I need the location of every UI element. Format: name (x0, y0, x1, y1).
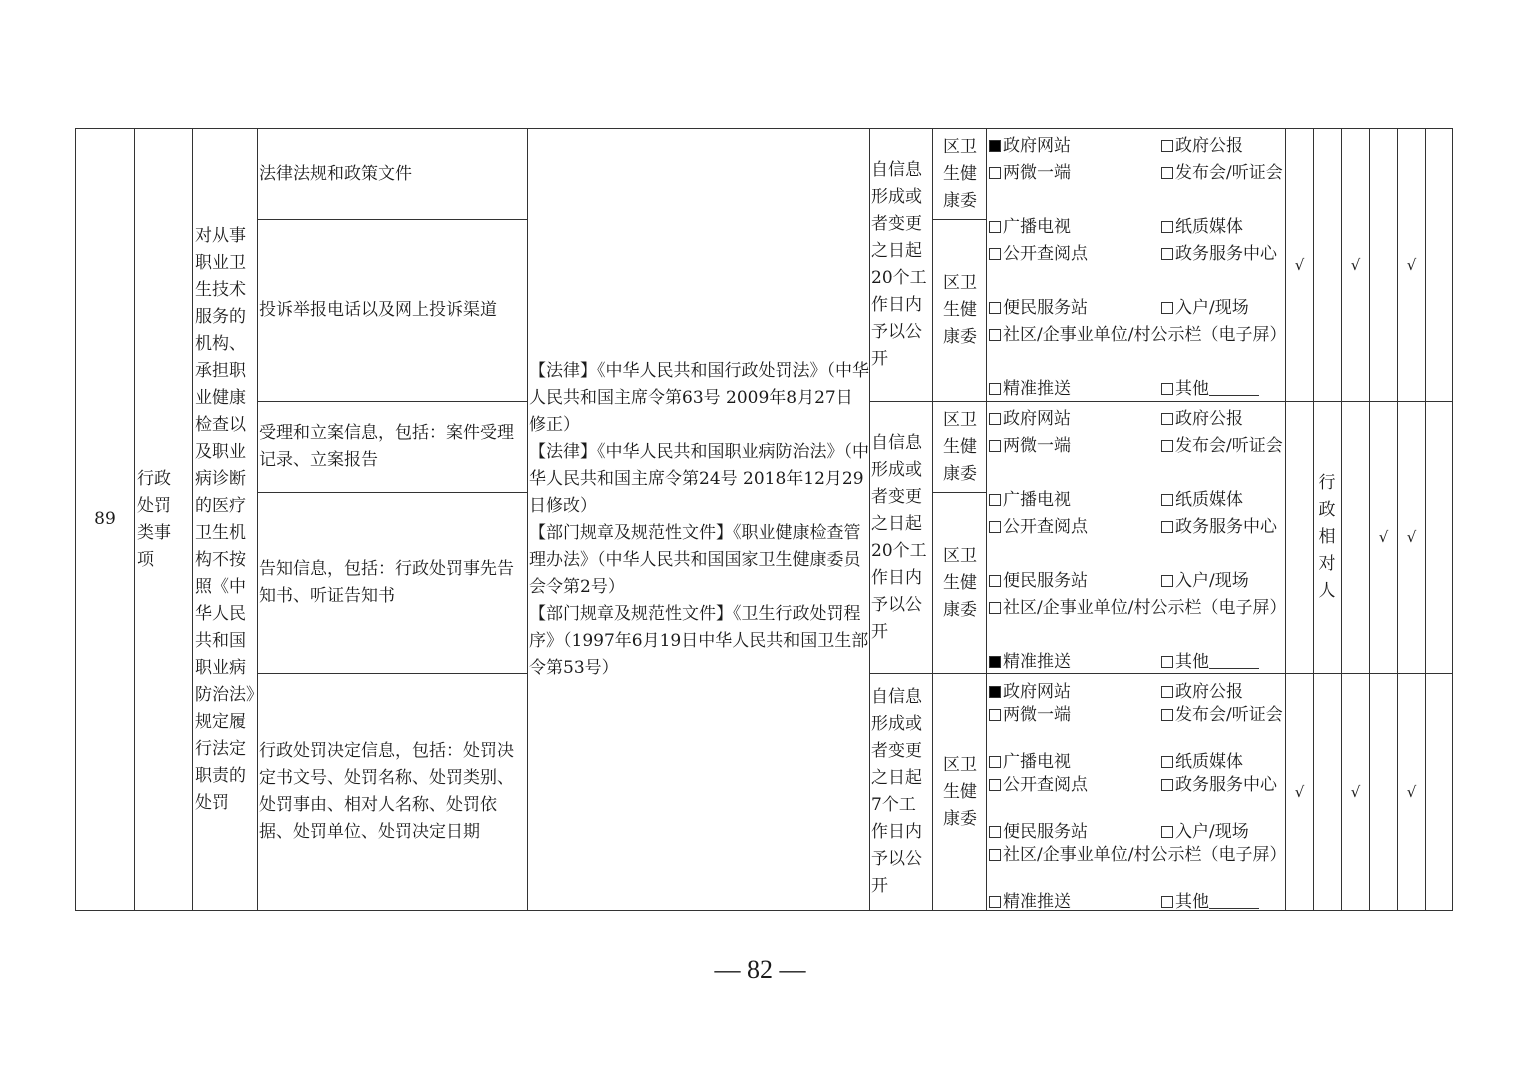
check-mark-icon: √ (1407, 252, 1417, 279)
col-divider (257, 128, 258, 911)
channel-label: 入户/现场 (1175, 571, 1249, 591)
check-mark-icon: √ (1379, 524, 1389, 551)
channel-broadcast[interactable]: 广播电视 (989, 485, 1071, 510)
category-cell: 行政处罚类事项 (136, 129, 186, 910)
checkbox-icon[interactable] (1161, 656, 1173, 668)
channel-gov-website[interactable]: 政府网站 (989, 404, 1071, 429)
channel-precise-push[interactable]: 精准推送 (989, 647, 1071, 672)
channel-label: 政府公报 (1175, 682, 1243, 702)
channel-label: 政府网站 (1003, 136, 1071, 156)
channel-label: 入户/现场 (1175, 822, 1249, 842)
channel-label: 政务服务中心 (1175, 775, 1277, 795)
time-limit-text: 自信息形成或者变更之日起20个工作日内予以公开 (871, 430, 931, 646)
checkbox-checked-icon[interactable] (989, 686, 1001, 698)
check-mark-icon: √ (1295, 779, 1305, 806)
time-limit-text: 自信息形成或者变更之日起20个工作日内予以公开 (871, 157, 931, 373)
sub-item-4: 告知信息，包括：行政处罚事先告知书、听证告知书 (259, 493, 527, 673)
channel-paper[interactable]: 纸质媒体 (1161, 485, 1243, 510)
subject-text: 区卫生健康委 (937, 407, 983, 488)
checkbox-icon[interactable] (989, 440, 1001, 452)
channel-onsite[interactable]: 入户/现场 (1161, 566, 1249, 591)
page-number: — 82 — (0, 955, 1520, 985)
checkbox-icon[interactable] (989, 826, 1001, 838)
mark-g1-c3: √ (1342, 129, 1369, 401)
mark-g3-c3: √ (1342, 674, 1369, 910)
channel-label: 公开查阅点 (1003, 775, 1088, 795)
checkbox-icon[interactable] (989, 329, 1001, 341)
sub-item-text: 行政处罚决定信息，包括：处罚决定书文号、处罚名称、处罚类别、处罚事由、相对人名称… (259, 738, 527, 846)
checkbox-icon[interactable] (1161, 896, 1173, 908)
row-number: 89 (76, 129, 134, 910)
check-mark-icon: √ (1295, 252, 1305, 279)
channel-reading-point[interactable]: 公开查阅点 (989, 512, 1088, 537)
blank-line (1209, 654, 1259, 669)
channel-gov-gazette[interactable]: 政府公报 (1161, 677, 1243, 702)
subject-1a: 区卫生健康委 (937, 129, 983, 219)
mark-g2-c4: √ (1370, 402, 1397, 673)
channel-label: 其他 (1175, 892, 1209, 912)
checkbox-icon[interactable] (1161, 302, 1173, 314)
checkbox-icon[interactable] (1161, 521, 1173, 533)
channel-bulletin[interactable]: 社区/企事业单位/村公示栏（电子屏） (989, 840, 1286, 865)
channel-convenience[interactable]: 便民服务站 (989, 293, 1088, 318)
channel-label: 政府公报 (1175, 409, 1243, 429)
legal-basis-item: 【部门规章及规范性文件】《卫生行政处罚程序》（1997年6月19日中华人民共和国… (529, 601, 869, 682)
channel-press-conf[interactable]: 发布会/听证会 (1161, 700, 1283, 725)
checkbox-icon[interactable] (989, 602, 1001, 614)
channel-label: 政务服务中心 (1175, 244, 1277, 264)
channel-reading-point[interactable]: 公开查阅点 (989, 239, 1088, 264)
checkbox-icon[interactable] (1161, 167, 1173, 179)
row-number-text: 89 (94, 506, 116, 533)
legal-basis-list: 【法律】《中华人民共和国行政处罚法》（中华人民共和国主席令第63号 2009年8… (529, 358, 869, 682)
channel-label: 发布会/听证会 (1175, 705, 1283, 725)
col-divider (134, 128, 135, 911)
channel-label: 广播电视 (1003, 217, 1071, 237)
channel-label: 政府公报 (1175, 136, 1243, 156)
sub-item-text: 告知信息，包括：行政处罚事先告知书、听证告知书 (259, 556, 527, 610)
col-divider (986, 128, 987, 911)
checkbox-icon[interactable] (989, 756, 1001, 768)
checkbox-icon[interactable] (1161, 440, 1173, 452)
table-border-right (1452, 128, 1453, 911)
sub-item-text: 受理和立案信息，包括：案件受理记录、立案报告 (259, 420, 527, 474)
channels-group-2: 政府网站 政府公报 两微一端 发布会/听证会 广播电视 纸质媒体 公开查阅点 政… (989, 404, 1285, 674)
checkbox-icon[interactable] (989, 709, 1001, 721)
channel-label: 公开查阅点 (1003, 244, 1088, 264)
channel-label: 纸质媒体 (1175, 490, 1243, 510)
channel-other[interactable]: 其他 (1161, 647, 1259, 672)
channel-precise-push[interactable]: 精准推送 (989, 887, 1071, 912)
channel-gov-website[interactable]: 政府网站 (989, 677, 1071, 702)
channel-label: 政府网站 (1003, 409, 1071, 429)
sub-item-text: 投诉举报电话以及网上投诉渠道 (259, 297, 497, 324)
checkbox-icon[interactable] (989, 575, 1001, 587)
channel-paper[interactable]: 纸质媒体 (1161, 212, 1243, 237)
checkbox-icon[interactable] (1161, 140, 1173, 152)
channel-label: 发布会/听证会 (1175, 163, 1283, 183)
mark-g3-c5: √ (1398, 674, 1425, 910)
channel-onsite[interactable]: 入户/现场 (1161, 293, 1249, 318)
checkbox-icon[interactable] (989, 383, 1001, 395)
channel-label: 便民服务站 (1003, 822, 1088, 842)
col-divider (869, 128, 870, 911)
channel-label: 政务服务中心 (1175, 517, 1277, 537)
sub-item-text: 法律法规和政策文件 (259, 161, 412, 188)
channel-service-center[interactable]: 政务服务中心 (1161, 512, 1277, 537)
channel-label: 政府网站 (1003, 682, 1071, 702)
col-divider (1425, 128, 1426, 911)
checkbox-checked-icon[interactable] (989, 656, 1001, 668)
subject-text: 区卫生健康委 (937, 543, 983, 624)
channel-other[interactable]: 其他 (1161, 887, 1259, 912)
checkbox-icon[interactable] (1161, 221, 1173, 233)
channel-service-center[interactable]: 政务服务中心 (1161, 239, 1277, 264)
channel-label: 精准推送 (1003, 652, 1071, 672)
channels-group-3: 政府网站 政府公报 两微一端 发布会/听证会 广播电视 纸质媒体 公开查阅点 政… (989, 677, 1285, 911)
checkbox-icon[interactable] (1161, 826, 1173, 838)
channel-label: 公开查阅点 (1003, 517, 1088, 537)
col-divider (932, 128, 933, 911)
time-limit-3: 自信息形成或者变更之日起7个工作日内予以公开 (871, 674, 931, 910)
channel-two-micro[interactable]: 两微一端 (989, 158, 1071, 183)
channel-gov-gazette[interactable]: 政府公报 (1161, 404, 1243, 429)
document-page: 89 行政处罚类事项 对从事职业卫生技术服务的机构、承担职业健康检查以及职业病诊… (0, 0, 1520, 1074)
channel-label: 精准推送 (1003, 379, 1071, 399)
check-mark-icon: √ (1407, 524, 1417, 551)
checkbox-icon[interactable] (1161, 494, 1173, 506)
channel-label: 社区/企事业单位/村公示栏（电子屏） (1003, 845, 1286, 865)
legal-basis-cell: 【法律】《中华人民共和国行政处罚法》（中华人民共和国主席令第63号 2009年8… (529, 129, 869, 910)
channel-reading-point[interactable]: 公开查阅点 (989, 770, 1088, 795)
channel-precise-push[interactable]: 精准推送 (989, 374, 1071, 399)
channel-label: 社区/企事业单位/村公示栏（电子屏） (1003, 598, 1286, 618)
channel-broadcast[interactable]: 广播电视 (989, 747, 1071, 772)
sub-item-2: 投诉举报电话以及网上投诉渠道 (259, 220, 527, 401)
legal-basis-item: 【法律】《中华人民共和国行政处罚法》（中华人民共和国主席令第63号 2009年8… (529, 358, 869, 439)
channel-label: 纸质媒体 (1175, 217, 1243, 237)
description-text: 对从事职业卫生技术服务的机构、承担职业健康检查以及职业病诊断的医疗卫生机构不按照… (195, 223, 256, 817)
checkbox-icon[interactable] (989, 302, 1001, 314)
check-mark-icon: √ (1351, 779, 1361, 806)
mark-g1-c5: √ (1398, 129, 1425, 401)
subject-text: 区卫生健康委 (937, 752, 983, 833)
checkbox-icon[interactable] (989, 248, 1001, 260)
channel-label: 两微一端 (1003, 436, 1071, 456)
category-text: 行政处罚类事项 (137, 466, 186, 574)
checkbox-icon[interactable] (1161, 575, 1173, 587)
sub-item-3: 受理和立案信息，包括：案件受理记录、立案报告 (259, 402, 527, 492)
mark-g2-c5: √ (1398, 402, 1425, 673)
sub-item-1: 法律法规和政策文件 (259, 129, 527, 219)
sub-item-5: 行政处罚决定信息，包括：处罚决定书文号、处罚名称、处罚类别、处罚事由、相对人名称… (259, 674, 527, 910)
channels-group-1: 政府网站 政府公报 两微一端 发布会/听证会 广播电视 纸质媒体 公开查阅点 政… (989, 131, 1285, 401)
checkbox-checked-icon[interactable] (989, 140, 1001, 152)
channel-gov-gazette[interactable]: 政府公报 (1161, 131, 1243, 156)
channel-label: 便民服务站 (1003, 298, 1088, 318)
channel-convenience[interactable]: 便民服务站 (989, 566, 1088, 591)
channel-label: 入户/现场 (1175, 298, 1249, 318)
channel-broadcast[interactable]: 广播电视 (989, 212, 1071, 237)
checkbox-icon[interactable] (989, 167, 1001, 179)
checkbox-icon[interactable] (989, 413, 1001, 425)
checkbox-icon[interactable] (1161, 756, 1173, 768)
legal-basis-item: 【部门规章及规范性文件】《职业健康检查管理办法》（中华人民共和国国家卫生健康委员… (529, 520, 869, 601)
channel-onsite[interactable]: 入户/现场 (1161, 817, 1249, 842)
checkbox-icon[interactable] (989, 494, 1001, 506)
description-cell: 对从事职业卫生技术服务的机构、承担职业健康检查以及职业病诊断的医疗卫生机构不按照… (194, 129, 256, 910)
time-limit-text: 自信息形成或者变更之日起7个工作日内予以公开 (871, 684, 931, 900)
checkbox-icon[interactable] (1161, 709, 1173, 721)
check-mark-icon: √ (1351, 252, 1361, 279)
channel-bulletin[interactable]: 社区/企事业单位/村公示栏（电子屏） (989, 320, 1286, 345)
channel-two-micro[interactable]: 两微一端 (989, 431, 1071, 456)
channel-label: 其他 (1175, 652, 1209, 672)
subject-1b: 区卫生健康委 (937, 220, 983, 401)
channel-press-conf[interactable]: 发布会/听证会 (1161, 158, 1283, 183)
channel-label: 广播电视 (1003, 752, 1071, 772)
subject-3: 区卫生健康委 (937, 674, 983, 910)
blank-line (1209, 381, 1259, 396)
checkbox-icon[interactable] (1161, 686, 1173, 698)
subject-text: 区卫生健康委 (937, 134, 983, 215)
channel-label: 发布会/听证会 (1175, 436, 1283, 456)
target-audience-text: 行政相对人 (1316, 470, 1338, 605)
col-divider (1313, 128, 1314, 911)
channel-label: 社区/企事业单位/村公示栏（电子屏） (1003, 325, 1286, 345)
channel-paper[interactable]: 纸质媒体 (1161, 747, 1243, 772)
checkbox-icon[interactable] (989, 779, 1001, 791)
checkbox-icon[interactable] (1161, 248, 1173, 260)
col-divider (527, 128, 528, 911)
checkbox-icon[interactable] (1161, 383, 1173, 395)
checkbox-icon[interactable] (1161, 779, 1173, 791)
channel-label: 便民服务站 (1003, 571, 1088, 591)
channel-label: 精准推送 (1003, 892, 1071, 912)
channel-label: 两微一端 (1003, 163, 1071, 183)
checkbox-icon[interactable] (989, 896, 1001, 908)
channel-label: 纸质媒体 (1175, 752, 1243, 772)
legal-basis-item: 【法律】《中华人民共和国职业病防治法》（中华人民共和国主席令第24号 2018年… (529, 439, 869, 520)
channel-label: 其他 (1175, 379, 1209, 399)
time-limit-1: 自信息形成或者变更之日起20个工作日内予以公开 (871, 129, 931, 401)
channel-label: 两微一端 (1003, 705, 1071, 725)
time-limit-2: 自信息形成或者变更之日起20个工作日内予以公开 (871, 402, 931, 673)
mark-g2-c2: 行政相对人 (1316, 402, 1338, 673)
subject-2b: 区卫生健康委 (937, 493, 983, 673)
channel-press-conf[interactable]: 发布会/听证会 (1161, 431, 1283, 456)
checkbox-icon[interactable] (989, 521, 1001, 533)
channel-service-center[interactable]: 政务服务中心 (1161, 770, 1277, 795)
channel-two-micro[interactable]: 两微一端 (989, 700, 1071, 725)
channel-convenience[interactable]: 便民服务站 (989, 817, 1088, 842)
check-mark-icon: √ (1407, 779, 1417, 806)
checkbox-icon[interactable] (989, 849, 1001, 861)
channel-label: 广播电视 (1003, 490, 1071, 510)
col-divider (192, 128, 193, 911)
channel-bulletin[interactable]: 社区/企事业单位/村公示栏（电子屏） (989, 593, 1286, 618)
subject-2a: 区卫生健康委 (937, 402, 983, 492)
checkbox-icon[interactable] (989, 221, 1001, 233)
subject-text: 区卫生健康委 (937, 270, 983, 351)
mark-g1-c1: √ (1286, 129, 1313, 401)
checkbox-icon[interactable] (1161, 413, 1173, 425)
channel-other[interactable]: 其他 (1161, 374, 1259, 399)
mark-g3-c1: √ (1286, 674, 1313, 910)
channel-gov-website[interactable]: 政府网站 (989, 131, 1071, 156)
blank-line (1209, 894, 1259, 909)
